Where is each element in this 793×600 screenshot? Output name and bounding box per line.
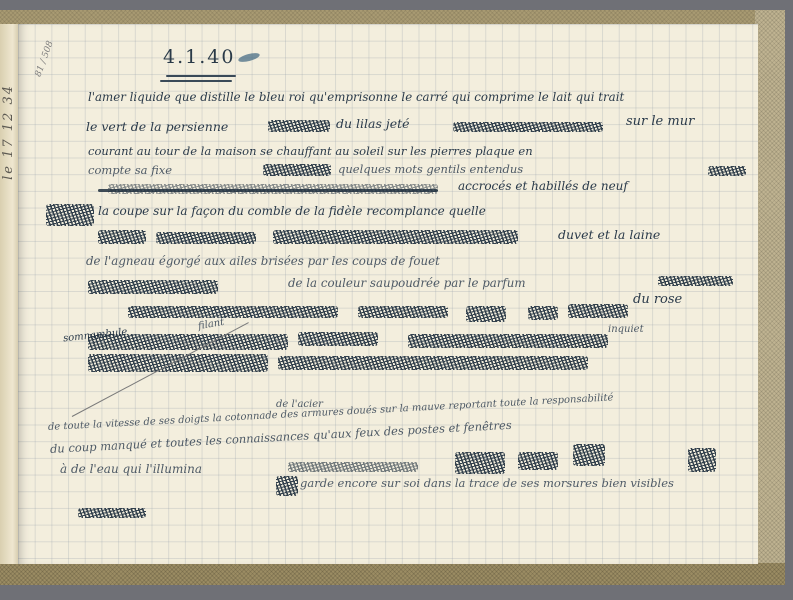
crossed-out-word — [268, 120, 330, 132]
crossed-out-word — [688, 448, 716, 472]
crossed-out-line — [88, 354, 268, 372]
text-line-3: courant au tour de la maison se chauffan… — [88, 144, 533, 158]
text-lower-4: garde encore sur soi dans la trace de se… — [300, 476, 674, 490]
crossed-out-line — [128, 306, 338, 318]
text-line-9: de la couleur saupoudrée par le parfum — [288, 276, 526, 290]
crossed-out-word — [98, 230, 146, 244]
crossed-out-line — [88, 334, 288, 350]
crossed-out-word — [466, 306, 506, 322]
crossed-out-word — [273, 230, 518, 244]
text-du-rose: du rose — [633, 292, 682, 307]
crossed-out-word — [156, 232, 256, 244]
crossed-out-word — [658, 276, 733, 286]
crossed-out-word — [358, 306, 448, 318]
crossed-out-word — [88, 280, 218, 294]
ink-blot-icon — [237, 51, 260, 63]
crossed-out-line — [278, 356, 588, 370]
text-line-4b: quelques mots gentils entendus — [338, 162, 523, 176]
crossed-out-word — [263, 164, 331, 176]
margin-note-filant: filant — [197, 317, 225, 332]
crossed-out-word — [708, 166, 746, 176]
crossed-out-word — [276, 476, 298, 496]
text-line-6: la coupe sur la façon du comble de la fi… — [98, 204, 486, 218]
text-inquiet: inquiet — [608, 324, 644, 335]
text-line-5: accrocés et habillés de neuf — [458, 179, 628, 193]
date-underline — [166, 75, 236, 77]
spine-text: le 17 12 34 — [1, 84, 15, 180]
crossed-out-word — [298, 332, 378, 346]
text-line-1: l'amer liquide que distille le bleu roi … — [88, 90, 624, 104]
entry-date: 4.1.40 — [163, 46, 235, 68]
crossed-out-word — [288, 462, 418, 472]
previous-page-edge: le 17 12 34 — [0, 24, 18, 564]
folio-note: 81 / 508 — [34, 40, 56, 79]
crossed-out-word — [78, 508, 146, 518]
crossed-out-word — [455, 452, 505, 474]
crossed-out-word — [518, 452, 558, 470]
text-lower-3: à de l'eau qui l'illumina — [60, 462, 202, 476]
notebook: le 17 12 34 81 / 508 4.1.40 l'amer liqui… — [0, 10, 785, 585]
text-line-2a: le vert de la persienne — [86, 119, 286, 134]
text-line-2c: sur le mur — [626, 114, 694, 129]
crossed-out-word — [573, 444, 605, 466]
binding-right — [755, 10, 785, 585]
crossed-out-line — [108, 184, 438, 194]
crossed-out-word — [46, 204, 94, 226]
text-line-2b: du lilas jeté — [336, 116, 410, 131]
crossed-out-line — [408, 334, 608, 348]
text-line-7: duvet et la laine — [558, 227, 660, 242]
crossed-out-word — [453, 122, 603, 132]
manuscript-page: 81 / 508 4.1.40 l'amer liquide que disti… — [18, 24, 758, 564]
date-underline-2 — [160, 80, 232, 82]
text-line-8: de l'agneau égorgé aux ailes brisées par… — [86, 254, 440, 268]
crossed-out-word — [568, 304, 628, 318]
binding-bottom — [0, 563, 785, 585]
crossed-out-word — [528, 306, 558, 320]
text-line-4a: compte sa fixe — [88, 163, 172, 177]
